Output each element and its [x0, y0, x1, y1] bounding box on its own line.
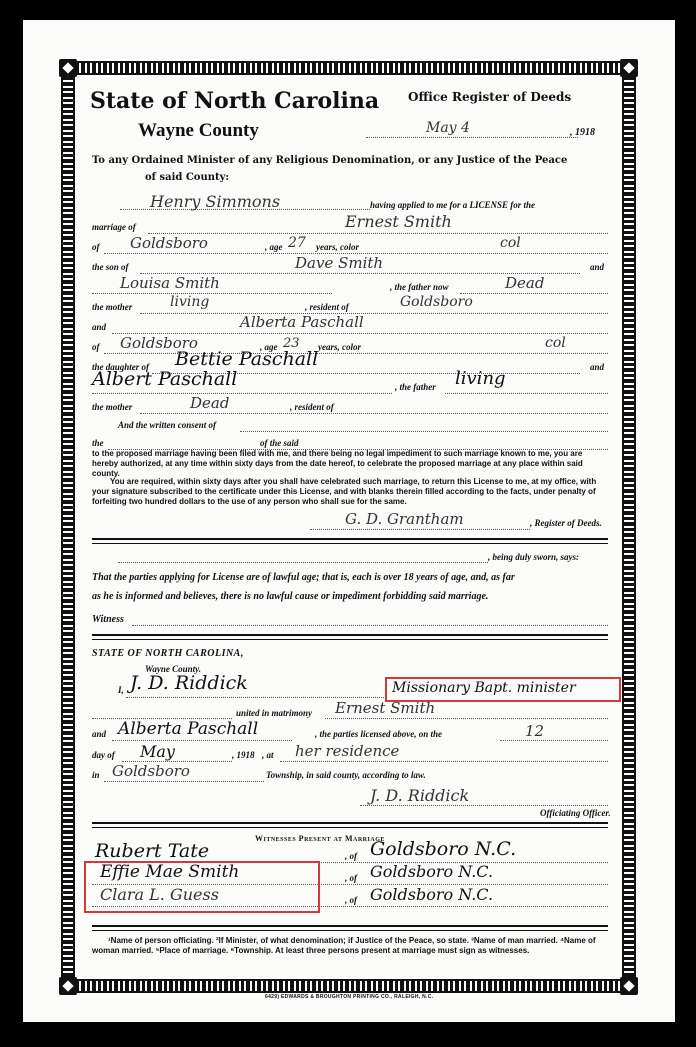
cert-groom: Ernest Smith — [335, 699, 435, 717]
office-title: Office Register of Deeds — [408, 90, 571, 104]
border-top — [76, 61, 620, 75]
corner-ornament — [59, 59, 77, 77]
register-signature: G. D. Grantham — [345, 510, 464, 528]
printer-imprint: 6429) EDWARDS & BROUGHTON PRINTING CO., … — [265, 994, 433, 1000]
groom-mother: Louisa Smith — [120, 274, 220, 292]
county-title: Wayne County — [138, 120, 259, 142]
witness-name: Rubert Tate — [95, 840, 209, 862]
corner-ornament — [620, 59, 638, 77]
address-line: To any Ordained Minister of any Religiou… — [92, 155, 567, 166]
bride-mother-status: Dead — [190, 394, 229, 412]
border-right — [622, 77, 636, 979]
license-year: , 1918 — [570, 127, 595, 138]
groom-father: Dave Smith — [295, 254, 383, 272]
officiant-denomination: Missionary Bapt. minister — [392, 680, 576, 696]
bride-color: col — [545, 335, 566, 351]
corner-ornament — [620, 977, 638, 995]
bride-name: Alberta Paschall — [240, 313, 364, 331]
officer-signature: J. D. Riddick — [370, 786, 469, 805]
cert-day: 12 — [525, 722, 544, 740]
officiant-name: J. D. Riddick — [130, 672, 248, 694]
cert-place: her residence — [295, 742, 399, 760]
border-bottom — [76, 979, 620, 993]
bride-father-status: living — [455, 368, 506, 389]
corner-ornament — [59, 977, 77, 995]
cert-township: Goldsboro — [112, 762, 190, 780]
cert-state: STATE OF NORTH CAROLINA, — [92, 648, 244, 659]
state-title: State of North Carolina — [90, 88, 379, 114]
groom-age: 27 — [288, 235, 306, 251]
footnotes: ¹Name of person officiating. ²If Ministe… — [92, 936, 608, 956]
address-line-2: of said County: — [145, 172, 229, 183]
return-paragraph: You are required, within sixty days afte… — [92, 477, 608, 507]
groom-residence: Goldsboro — [130, 234, 208, 252]
witness-residence: Goldsboro N.C. — [370, 862, 493, 881]
groom-father-status: Dead — [505, 274, 544, 292]
witness-highlight — [84, 861, 320, 913]
groom-mother-residence: Goldsboro — [400, 294, 473, 310]
witness-residence: Goldsboro N.C. — [370, 885, 493, 904]
authorization-paragraph: to the proposed marriage having been fil… — [92, 449, 608, 479]
applicant-name: Henry Simmons — [150, 192, 280, 211]
groom-color: col — [500, 235, 521, 251]
groom-name: Ernest Smith — [345, 212, 452, 231]
witness-residence: Goldsboro N.C. — [370, 838, 516, 860]
cert-bride: Alberta Paschall — [118, 719, 258, 739]
cert-month: May — [140, 742, 175, 761]
bride-parent-1: Bettie Paschall — [175, 348, 318, 370]
witnesses-heading: Witnesses Present at Marriage — [255, 834, 385, 843]
license-date: May 4 — [426, 120, 470, 136]
border-left — [61, 77, 75, 979]
bride-parent-2: Albert Paschall — [92, 368, 237, 390]
groom-mother-status: living — [170, 294, 209, 310]
affidavit-text: That the parties applying for License ar… — [92, 572, 515, 583]
